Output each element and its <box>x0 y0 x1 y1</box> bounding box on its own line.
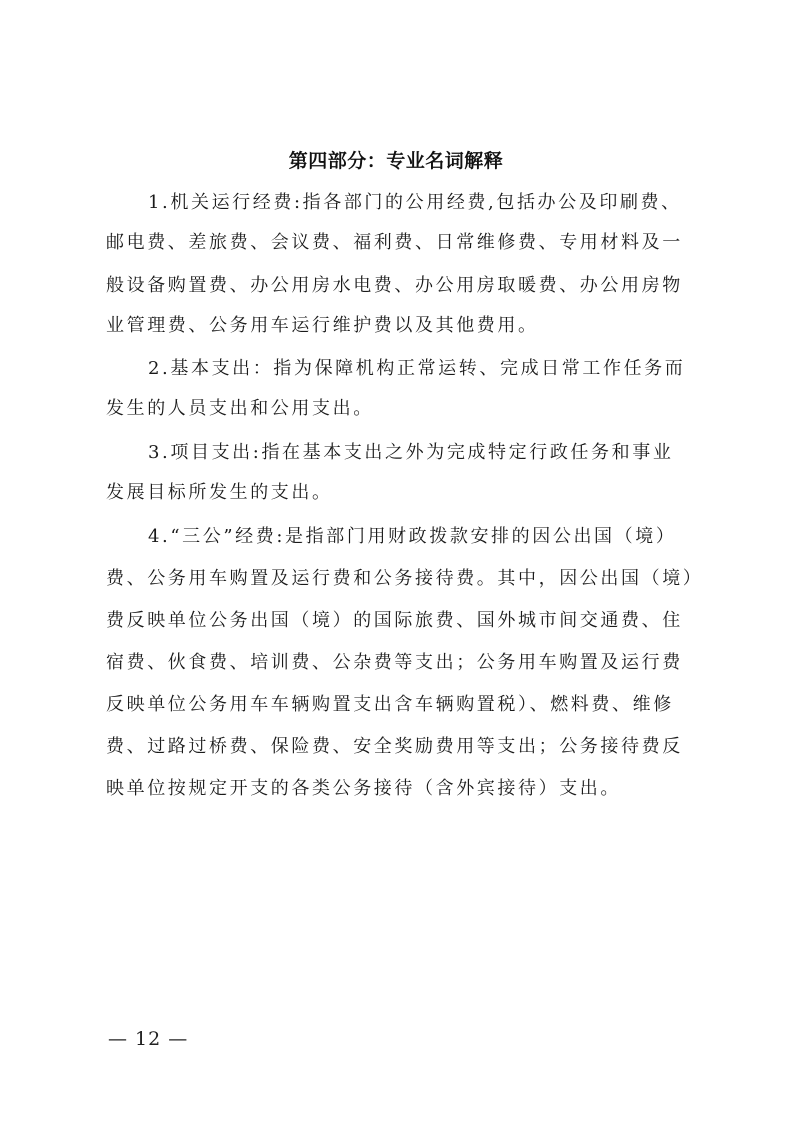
section-title: 第四部分：专业名词解释 <box>0 148 792 174</box>
paragraph-line: 费、过路过桥费、保险费、安全奖励费用等支出；公务接待费反 <box>106 734 696 760</box>
paragraph-line: 映单位按规定开支的各类公务接待（含外宾接待）支出。 <box>106 776 696 802</box>
paragraph-line-item-2-start: 2.基本支出：指为保障机构正常运转、完成日常工作任务而 <box>148 356 696 382</box>
paragraph-line: 发展目标所发生的支出。 <box>106 480 696 506</box>
paragraph-line: 般设备购置费、办公用房水电费、办公用房取暖费、办公用房物 <box>106 273 696 299</box>
paragraph-line-item-1-start: 1.机关运行经费:指各部门的公用经费,包括办公及印刷费、 <box>148 190 696 216</box>
paragraph-line: 费反映单位公务出国（境）的国际旅费、国外城市间交通费、住 <box>106 608 696 634</box>
document-page: 第四部分：专业名词解释 1.机关运行经费:指各部门的公用经费,包括办公及印刷费、… <box>0 0 792 1121</box>
paragraph-line: 业管理费、公务用车运行维护费以及其他费用。 <box>106 313 696 339</box>
paragraph-line: 发生的人员支出和公用支出。 <box>106 396 696 422</box>
page-number: — 12 — <box>108 1027 188 1051</box>
paragraph-line: 费、公务用车购置及运行费和公务接待费。其中，因公出国（境） <box>106 566 696 592</box>
paragraph-line: 反映单位公务用车车辆购置支出含车辆购置税）、燃料费、维修 <box>106 692 696 718</box>
paragraph-line: 邮电费、差旅费、会议费、福利费、日常维修费、专用材料及一 <box>106 230 696 256</box>
paragraph-line-item-4-start: 4.“三公”经费:是指部门用财政拨款安排的因公出国（境） <box>148 524 696 550</box>
paragraph-line-item-3-start: 3.项目支出:指在基本支出之外为完成特定行政任务和事业 <box>148 440 696 466</box>
paragraph-line: 宿费、伙食费、培训费、公杂费等支出；公务用车购置及运行费 <box>106 650 696 676</box>
